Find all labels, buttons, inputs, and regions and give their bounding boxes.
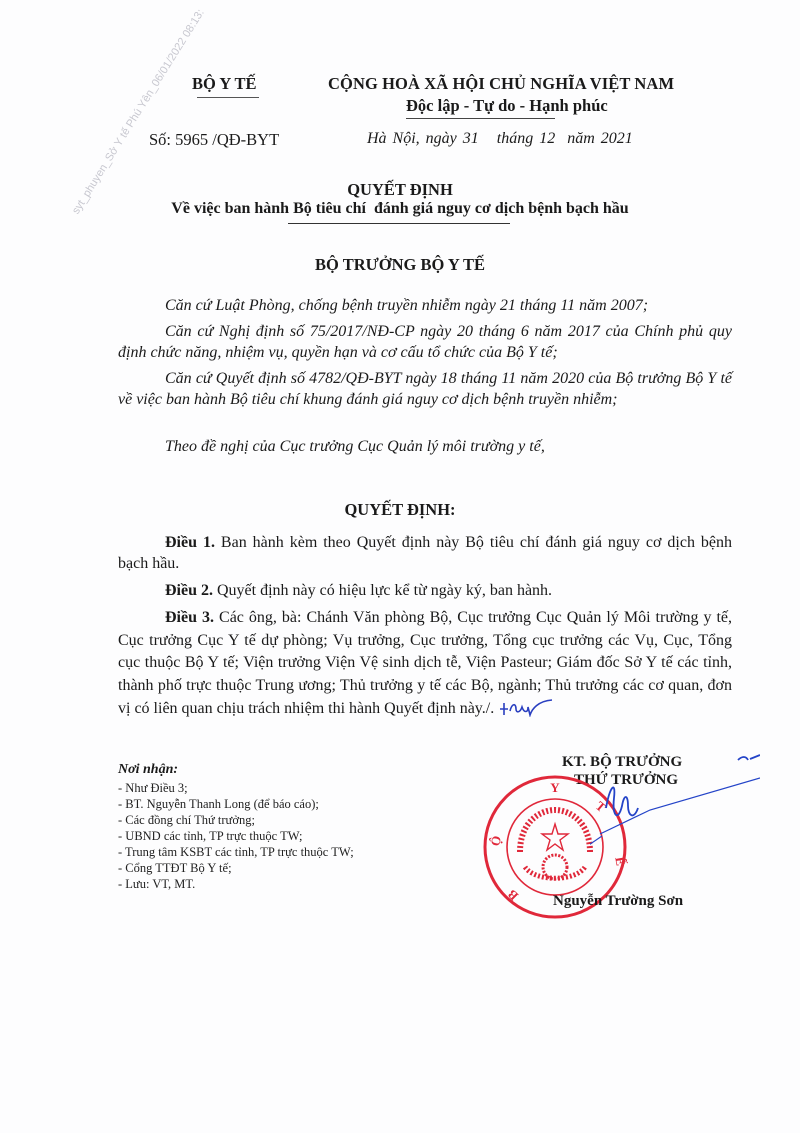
recipient-item: - Trung tâm KSBT các tỉnh, TP trực thuộc… — [118, 844, 354, 860]
recipients-heading: Nơi nhận: — [118, 762, 178, 778]
recipient-item: - Như Điều 3; — [118, 780, 354, 796]
subject-underline — [288, 223, 510, 224]
handwritten-initials-icon — [494, 697, 554, 717]
decision-heading: QUYẾT ĐỊNH: — [0, 500, 800, 520]
article-2: Điều 2. Quyết định này có hiệu lực kể từ… — [118, 580, 732, 601]
document-type: QUYẾT ĐỊNH — [0, 180, 800, 200]
preamble-basis-2: Căn cứ Nghị định số 75/2017/NĐ-CP ngày 2… — [118, 321, 732, 363]
motto-underline — [406, 118, 555, 119]
issuing-authority: BỘ TRƯỞNG BỘ Y TẾ — [0, 255, 800, 275]
agency-underline — [197, 97, 259, 98]
article-3-label: Điều 3. — [165, 609, 214, 626]
recipients-list: - Như Điều 3; - BT. Nguyễn Thanh Long (đ… — [118, 780, 354, 892]
article-3: Điều 3. Các ông, bà: Chánh Văn phòng Bộ,… — [118, 607, 732, 721]
place-and-date: Hà Nội, ngày 31 tháng 12 năm 2021 — [367, 130, 633, 148]
svg-text:Y: Y — [550, 780, 560, 795]
recipient-item: - BT. Nguyễn Thanh Long (để báo cáo); — [118, 796, 354, 812]
recipient-item: - Lưu: VT, MT. — [118, 876, 354, 892]
article-1-label: Điều 1. — [165, 534, 215, 551]
document-subject: Về việc ban hành Bộ tiêu chí đánh giá ng… — [0, 200, 800, 218]
article-2-text: Quyết định này có hiệu lực kể từ ngày ký… — [213, 582, 552, 599]
recipient-item: - Các đồng chí Thứ trưởng; — [118, 812, 354, 828]
national-title: CỘNG HOÀ XÃ HỘI CHỦ NGHĨA VIỆT NAM — [328, 74, 674, 94]
national-motto: Độc lập - Tự do - Hạnh phúc — [406, 96, 608, 116]
svg-text:Ộ: Ộ — [487, 834, 504, 848]
signer-name: Nguyễn Trường Sơn — [553, 893, 683, 910]
preamble-basis-3: Căn cứ Quyết định số 4782/QĐ-BYT ngày 18… — [118, 368, 732, 410]
recipient-item: - UBND các tỉnh, TP trực thuộc TW; — [118, 828, 354, 844]
article-2-label: Điều 2. — [165, 582, 213, 599]
svg-text:B: B — [504, 887, 521, 904]
article-1: Điều 1. Ban hành kèm theo Quyết định này… — [118, 532, 732, 574]
handwritten-signature-icon — [590, 750, 760, 870]
document-number: Số: 5965 /QĐ-BYT — [149, 130, 279, 150]
preamble-basis-1: Căn cứ Luật Phòng, chống bệnh truyền nhi… — [118, 295, 732, 316]
issuing-agency: BỘ Y TẾ — [192, 74, 257, 94]
preamble-proposal: Theo đề nghị của Cục trưởng Cục Quản lý … — [118, 436, 732, 457]
recipient-item: - Cổng TTĐT Bộ Y tế; — [118, 860, 354, 876]
